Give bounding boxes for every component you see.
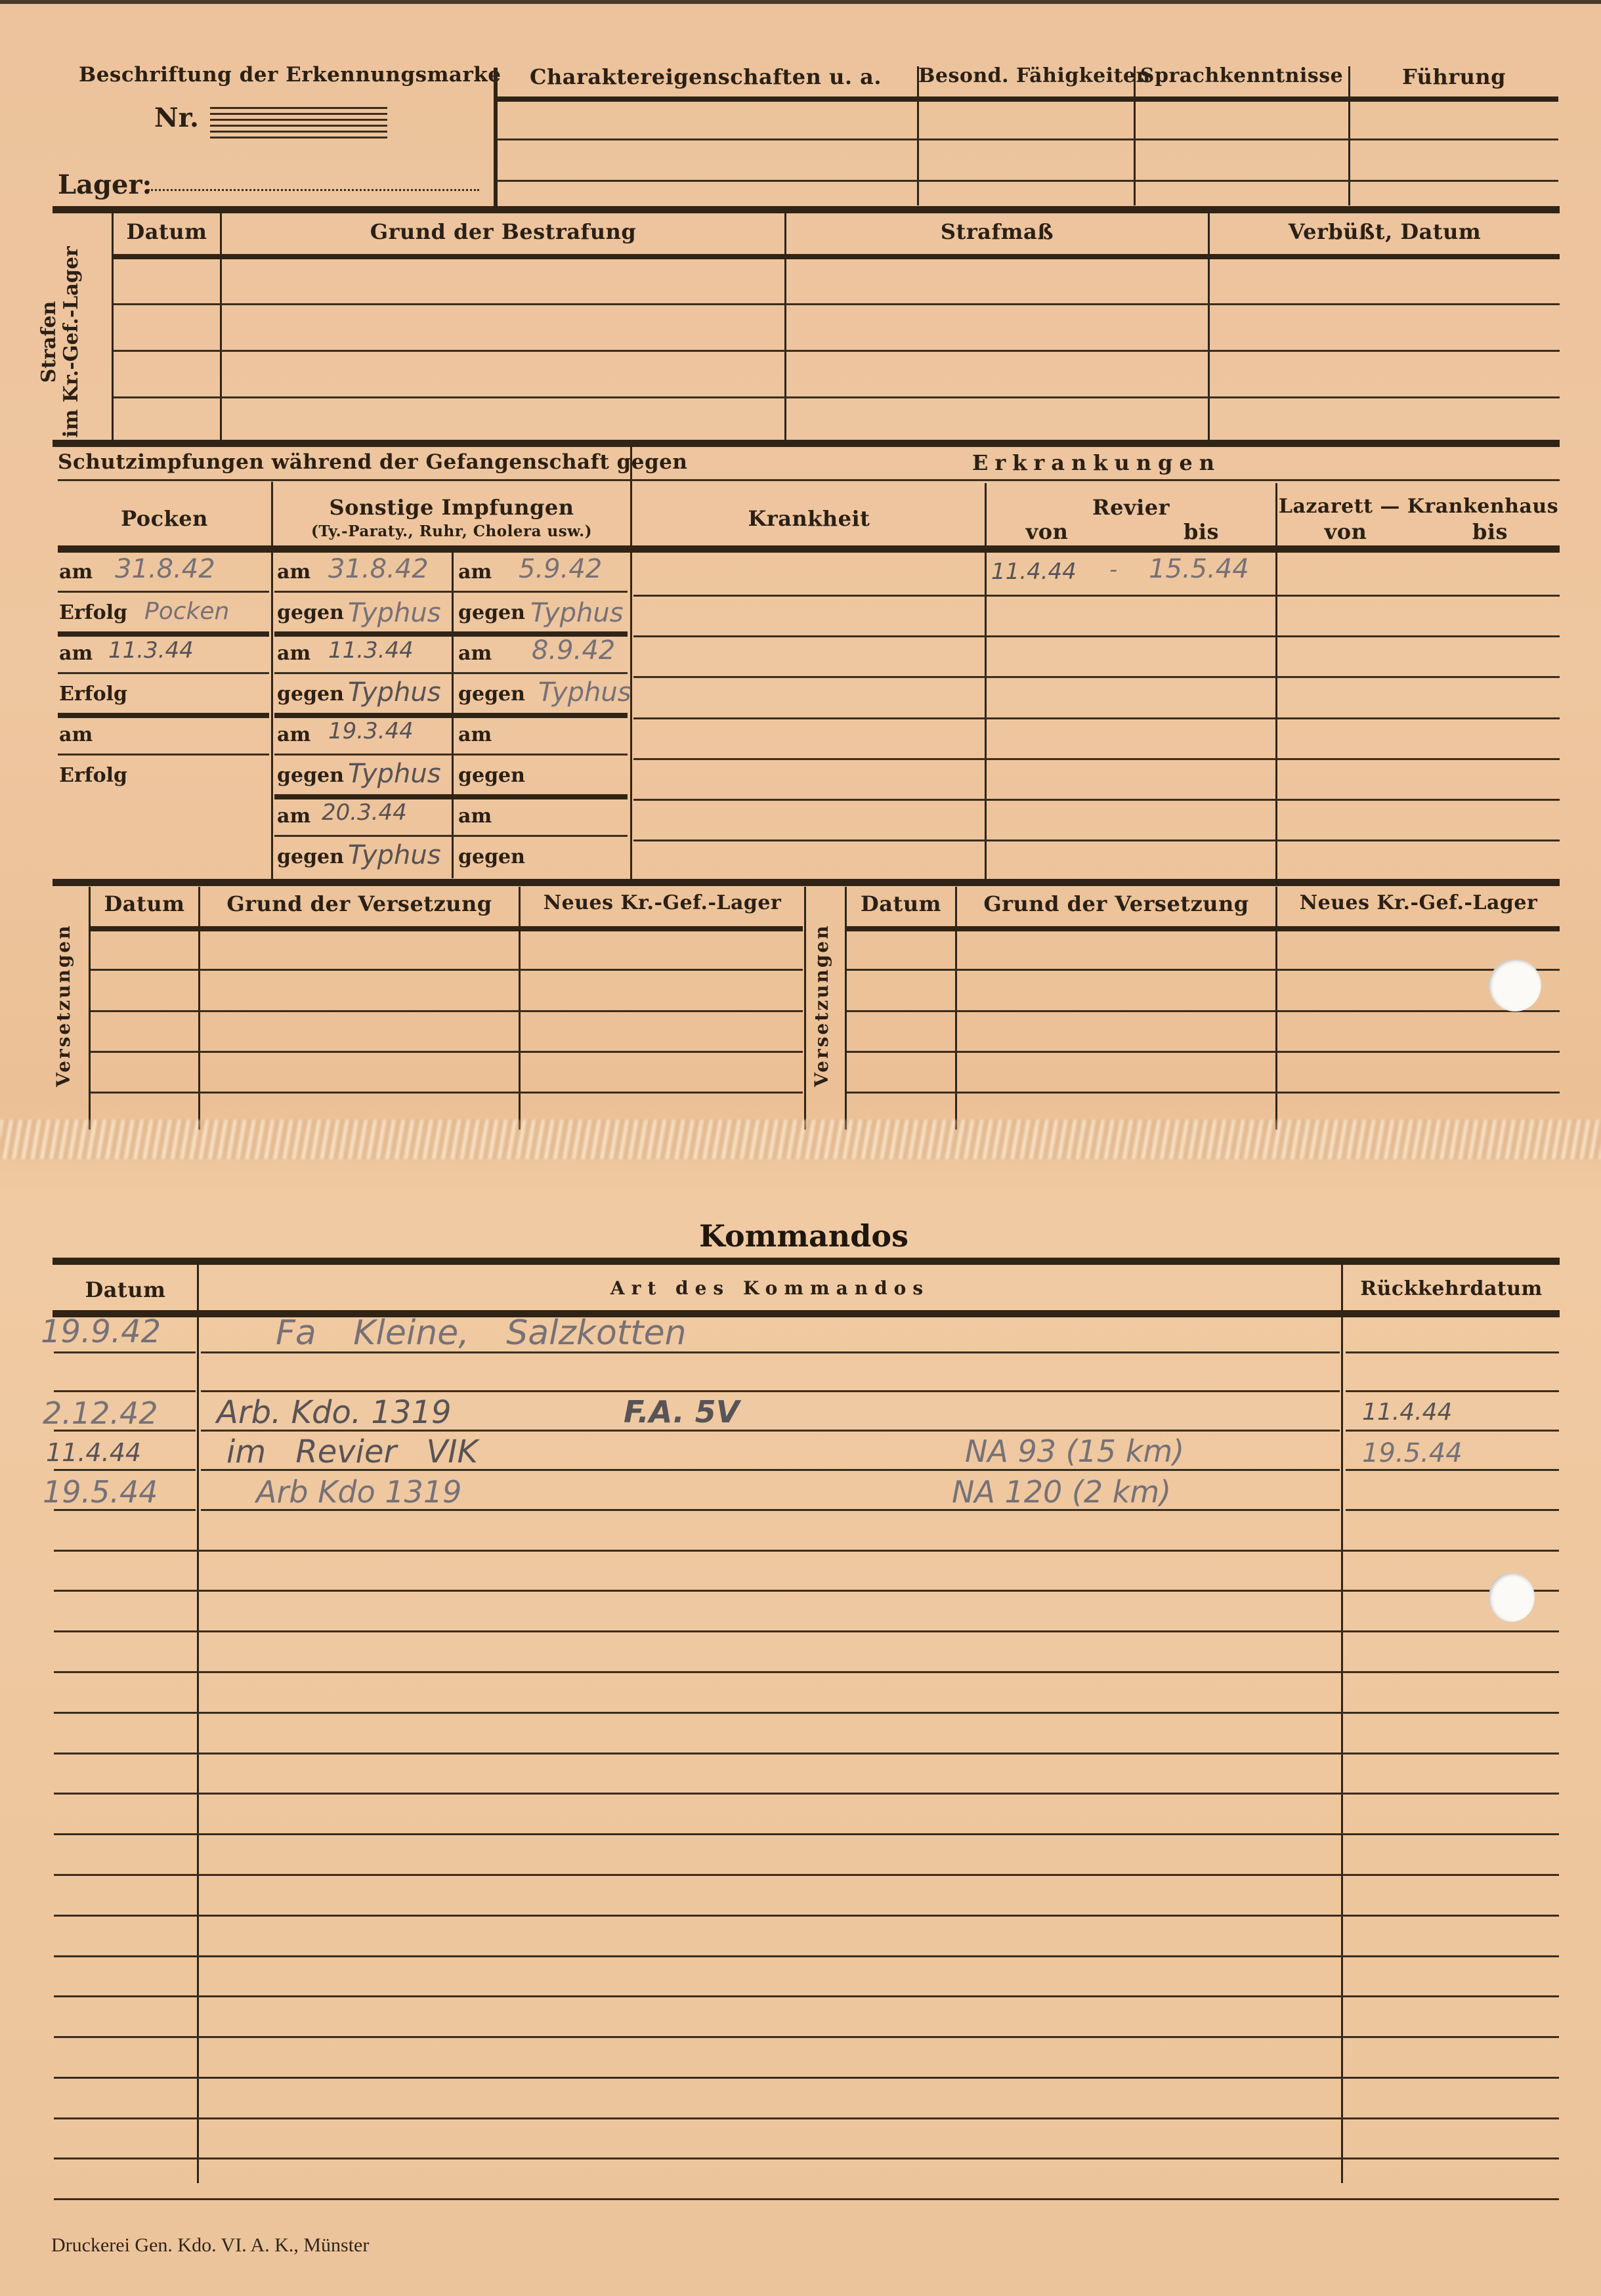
- divider: [1341, 1264, 1343, 2183]
- divider: [54, 1995, 1559, 1997]
- header-lazarett-von: von: [1319, 519, 1372, 544]
- sonstige-value: Typhus: [348, 759, 441, 789]
- sonstige-label: am: [458, 805, 492, 828]
- illnesses-heading: Erkrankungen: [633, 450, 1560, 475]
- divider: [54, 1793, 1559, 1795]
- divider: [58, 672, 269, 674]
- divider: [58, 631, 269, 637]
- divider: [54, 2198, 1559, 2200]
- pocken-label: Erfolg: [59, 601, 127, 624]
- header-art-des-kommandos: Art des Kommandos: [199, 1277, 1341, 1299]
- nr-label: Nr.: [154, 102, 199, 133]
- divider: [847, 1051, 1560, 1053]
- divider: [784, 213, 786, 441]
- divider: [58, 713, 269, 718]
- divider: [91, 1051, 803, 1053]
- header-neues-lager: Neues Kr.-Gef.-Lager: [521, 891, 804, 914]
- side-label-line2: im Kr.-Gef.-Lager: [60, 234, 83, 450]
- divider: [54, 1712, 1559, 1714]
- divider: [633, 840, 1560, 841]
- printer-imprint: Druckerei Gen. Kdo. VI. A. K., Münster: [51, 2234, 369, 2257]
- divider: [53, 1258, 1560, 1265]
- sonstige-label: am: [277, 561, 310, 584]
- divider: [91, 969, 803, 971]
- divider: [197, 1264, 199, 2183]
- divider: [58, 545, 1560, 553]
- header-sonstige-impfungen: Sonstige Impfungen: [273, 495, 630, 520]
- divider: [54, 1390, 196, 1392]
- kommando-datum: 19.5.44: [43, 1474, 158, 1510]
- fold-crease: [0, 1120, 1601, 1159]
- divider: [54, 1351, 196, 1353]
- divider: [804, 887, 806, 1130]
- divider: [494, 68, 498, 207]
- sonstige-label: gegen: [458, 601, 525, 624]
- pocken-value: 11.3.44: [108, 637, 194, 664]
- divider: [91, 926, 803, 931]
- sonstige-label: am: [458, 723, 492, 746]
- kommando-datum: 2.12.42: [43, 1395, 158, 1431]
- punch-hole: [1489, 959, 1541, 1011]
- divider: [54, 1753, 1559, 1754]
- divider: [847, 1010, 1560, 1012]
- divider: [1346, 1509, 1559, 1511]
- divider: [274, 794, 628, 799]
- divider: [112, 213, 114, 441]
- kommando-art: Arb. Kdo. 1319: [217, 1394, 452, 1431]
- header-verbuesst-datum: Verbüßt, Datum: [1210, 219, 1560, 244]
- header-revier-von: von: [1021, 519, 1073, 544]
- divider: [54, 1874, 1559, 1876]
- sonstige-label: am: [458, 561, 492, 584]
- divider: [985, 483, 987, 880]
- sonstige-value: Typhus: [348, 840, 441, 870]
- divider: [220, 213, 222, 441]
- transfers-side-label-right: Versetzungen: [811, 929, 837, 1087]
- header-neues-lager: Neues Kr.-Gef.-Lager: [1277, 891, 1560, 914]
- header-grund-der-versetzung: Grund der Versetzung: [200, 891, 519, 916]
- sonstige-label: am: [277, 723, 310, 746]
- divider: [54, 1550, 1559, 1552]
- divider: [54, 1469, 196, 1471]
- revier-bis-value: 15.5.44: [1149, 554, 1249, 584]
- divider: [274, 713, 628, 718]
- vaccinations-heading: Schutzimpfungen während der Gefangenscha…: [58, 450, 622, 474]
- header-datum: Datum: [847, 891, 955, 916]
- revier-dash: -: [1109, 557, 1117, 583]
- kommando-art: Fa Kleine, Salzkotten: [276, 1313, 687, 1353]
- divider: [53, 879, 1560, 886]
- sonstige-label: gegen: [277, 845, 344, 868]
- sonstige-value: Typhus: [538, 677, 631, 708]
- identity-heading: Beschriftung der Erkennungsmarke: [79, 63, 473, 87]
- header-revier-bis: bis: [1175, 519, 1227, 544]
- divider: [274, 591, 628, 593]
- divider: [201, 1390, 1340, 1392]
- sonstige-label: gegen: [458, 683, 525, 706]
- divider: [633, 635, 1560, 637]
- sonstige-value: 11.3.44: [328, 637, 414, 664]
- divider: [201, 1509, 1340, 1511]
- divider: [497, 96, 1558, 102]
- divider: [630, 447, 632, 880]
- divider: [54, 2117, 1559, 2119]
- side-label-line1: Strafen: [38, 234, 60, 450]
- divider: [54, 2036, 1559, 2038]
- divider: [54, 2158, 1559, 2159]
- header-sprachkenntnisse: Sprachkenntnisse: [1135, 64, 1348, 87]
- divider: [58, 754, 269, 755]
- divider: [847, 1092, 1560, 1094]
- pocken-value: Pocken: [144, 598, 229, 625]
- divider: [54, 1430, 196, 1432]
- sonstige-value: 8.9.42: [532, 635, 615, 666]
- sonstige-value: 19.3.44: [328, 718, 414, 744]
- divider: [114, 303, 1560, 305]
- sonstige-label: gegen: [458, 845, 525, 868]
- divider: [633, 676, 1560, 678]
- kommando-datum: 19.9.42: [41, 1313, 161, 1350]
- divider: [274, 754, 628, 755]
- divider: [847, 926, 1560, 931]
- header-charaktereigenschaften: Charaktereigenschaften u. a.: [499, 64, 912, 89]
- nr-field[interactable]: [210, 107, 387, 142]
- header-datum: Datum: [54, 1277, 197, 1302]
- divider: [274, 672, 628, 674]
- divider: [54, 1955, 1559, 1957]
- divider: [1275, 483, 1277, 880]
- header-lazarett-bis: bis: [1464, 519, 1516, 544]
- sonstige-label: am: [277, 642, 310, 665]
- sonstige-label: gegen: [277, 764, 344, 787]
- header-besond-faehigkeiten: Besond. Fähigkeiten: [918, 64, 1135, 87]
- kommando-note: NA 120 (2 km): [952, 1474, 1171, 1510]
- punishments-side-label: Strafen im Kr.-Gef.-Lager: [38, 234, 91, 450]
- lager-label: Lager:: [58, 169, 152, 200]
- divider: [633, 799, 1560, 801]
- pocken-label: Erfolg: [59, 683, 127, 706]
- sonstige-value: 31.8.42: [328, 554, 429, 584]
- header-revier: Revier: [987, 495, 1275, 520]
- divider: [114, 254, 1560, 259]
- divider: [201, 1469, 1340, 1471]
- kommando-art2: F.A. 5V: [624, 1394, 739, 1430]
- divider: [54, 1509, 196, 1511]
- divider: [201, 1351, 1340, 1353]
- divider: [633, 758, 1560, 760]
- revier-von-value: 11.4.44: [991, 559, 1077, 585]
- kommando-note: NA 93 (15 km): [965, 1434, 1184, 1469]
- divider: [274, 835, 628, 837]
- lager-field[interactable]: [148, 189, 479, 191]
- transfers-side-label-left: Versetzungen: [53, 929, 79, 1087]
- divider: [633, 717, 1560, 719]
- header-fuehrung: Führung: [1350, 64, 1558, 89]
- divider: [54, 1630, 1559, 1632]
- divider: [497, 138, 1558, 140]
- divider: [54, 1671, 1559, 1673]
- kommando-art: im Revier VIK: [226, 1434, 478, 1470]
- header-lazarett: Lazarett — Krankenhaus: [1277, 495, 1560, 518]
- header-strafmass: Strafmaß: [786, 219, 1208, 244]
- divider: [1346, 1390, 1559, 1392]
- divider: [271, 482, 273, 879]
- header-grund-der-bestrafung: Grund der Bestrafung: [222, 219, 784, 244]
- divider: [114, 396, 1560, 398]
- divider: [274, 631, 628, 637]
- header-datum: Datum: [114, 219, 220, 244]
- punch-hole: [1489, 1573, 1535, 1622]
- document-page: Beschriftung der Erkennungsmarke Nr. Lag…: [0, 0, 1601, 2296]
- divider: [847, 969, 1560, 971]
- divider: [1346, 1430, 1559, 1432]
- divider: [91, 1010, 803, 1012]
- kommando-art: Arb Kdo 1319: [256, 1474, 461, 1510]
- pocken-label: am: [59, 561, 93, 584]
- divider: [58, 591, 269, 593]
- sonstige-value: Typhus: [348, 598, 441, 628]
- divider: [91, 1092, 803, 1094]
- divider: [53, 206, 1560, 213]
- pocken-label: am: [59, 723, 93, 746]
- sonstige-value: Typhus: [348, 677, 441, 708]
- divider: [58, 479, 1560, 481]
- sonstige-value: 20.3.44: [322, 799, 407, 826]
- kommando-datum: 11.4.44: [46, 1438, 141, 1467]
- kommando-rueckkehr: 11.4.44: [1362, 1399, 1452, 1426]
- sonstige-value: Typhus: [530, 598, 624, 628]
- sonstige-label: gegen: [458, 764, 525, 787]
- divider: [497, 180, 1558, 182]
- header-pocken: Pocken: [58, 506, 271, 531]
- pocken-label: Erfolg: [59, 764, 127, 787]
- header-grund-der-versetzung: Grund der Versetzung: [957, 891, 1275, 916]
- divider: [54, 2077, 1559, 2079]
- kommando-rueckkehr: 19.5.44: [1362, 1438, 1462, 1468]
- divider: [53, 440, 1560, 447]
- divider: [1346, 1351, 1559, 1353]
- divider: [633, 595, 1560, 597]
- pocken-value: 31.8.42: [115, 554, 215, 584]
- divider: [1346, 1469, 1559, 1471]
- pocken-label: am: [59, 642, 93, 665]
- header-krankheit: Krankheit: [633, 506, 985, 531]
- sonstige-label: gegen: [277, 683, 344, 706]
- header-sonstige-sub: (Ty.-Paraty., Ruhr, Cholera usw.): [273, 522, 630, 540]
- sonstige-value: 5.9.42: [519, 554, 602, 584]
- header-rueckkehrdatum: Rückkehrdatum: [1343, 1277, 1560, 1300]
- sonstige-label: am: [277, 805, 310, 828]
- sonstige-label: gegen: [277, 601, 344, 624]
- divider: [54, 1590, 1559, 1592]
- divider: [201, 1430, 1340, 1432]
- divider: [54, 1833, 1559, 1835]
- kommandos-title: Kommandos: [699, 1218, 908, 1254]
- divider: [114, 350, 1560, 352]
- divider: [54, 1915, 1559, 1917]
- divider: [1208, 213, 1210, 441]
- sonstige-label: am: [458, 642, 492, 665]
- header-datum: Datum: [91, 891, 198, 916]
